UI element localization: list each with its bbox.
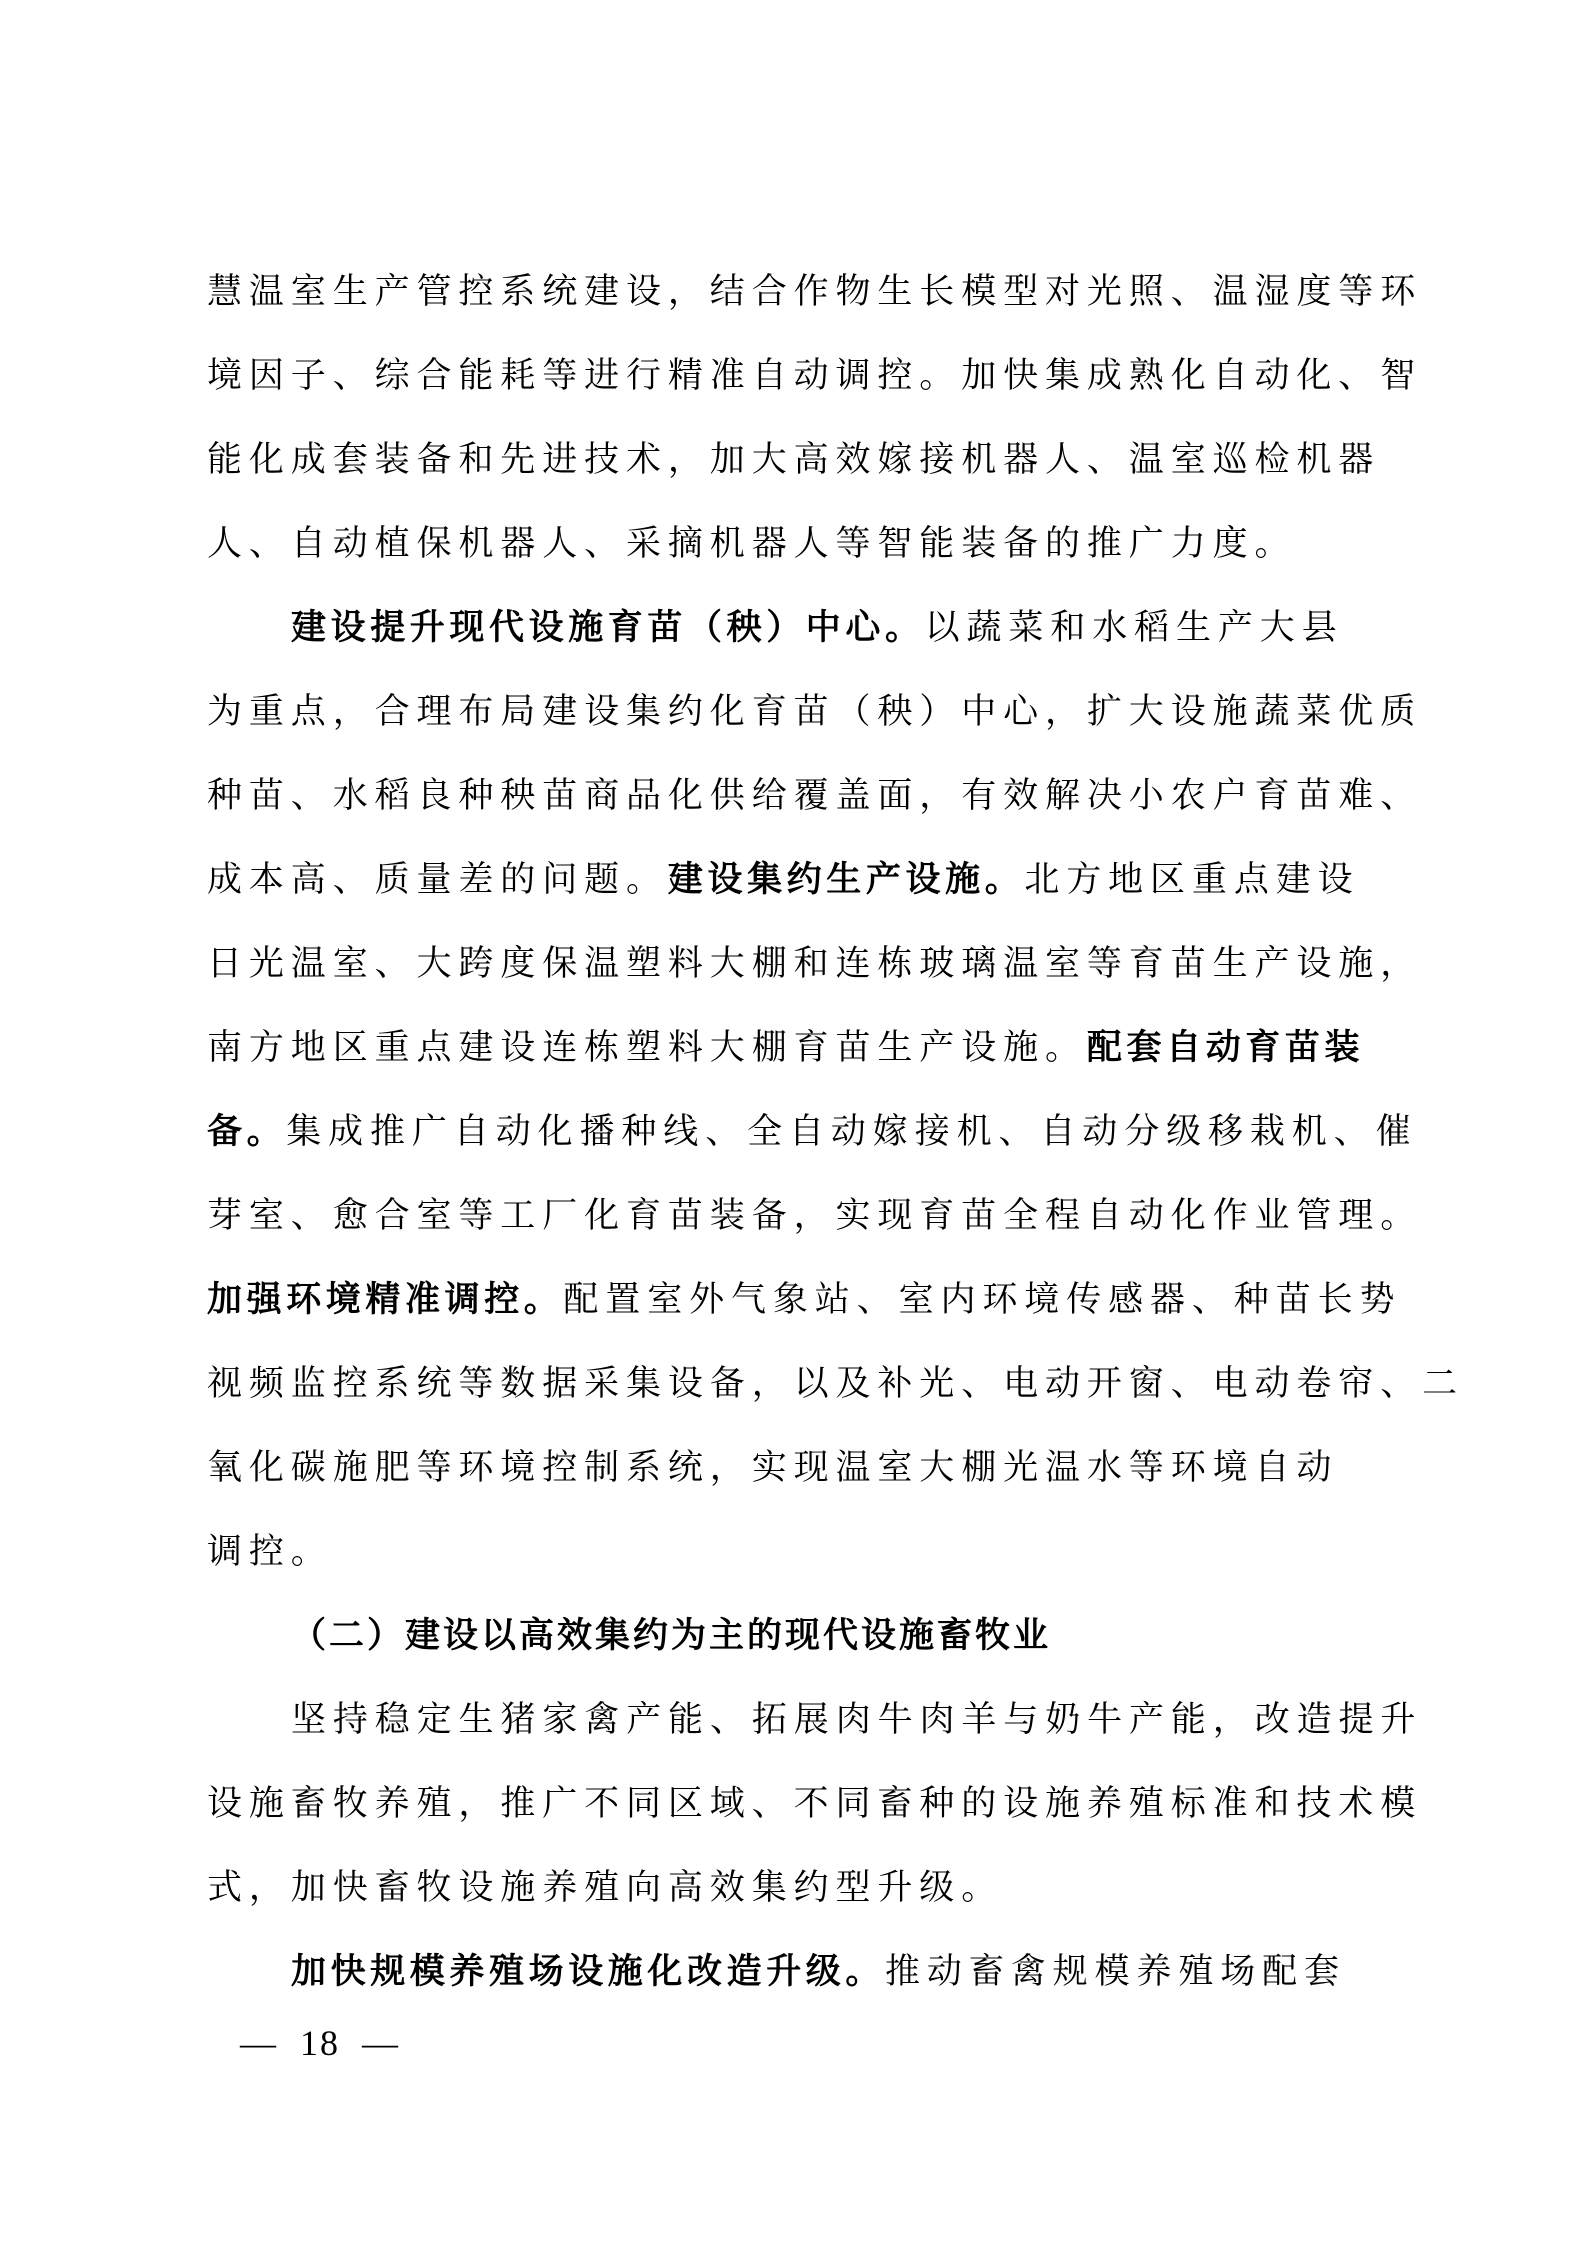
text-line: 调控。 (207, 1523, 1387, 1607)
text-run: 日光温室、大跨度保温塑料大棚和连栋玻璃温室等育苗生产设施， (207, 944, 1422, 984)
text-run: 调控。 (207, 1532, 333, 1572)
text-line: 为重点，合理布局建设集约化育苗（秧）中心，扩大设施蔬菜优质 (207, 683, 1387, 767)
bold-run: 配套自动育苗装 (1087, 1028, 1364, 1068)
text-run: 境因子、综合能耗等进行精准自动调控。加快集成熟化自动化、智 (207, 356, 1422, 396)
text-line: 加快规模养殖场设施化改造升级。推动畜禽规模养殖场配套 (207, 1943, 1387, 2027)
text-run: 推动畜禽规模养殖场配套 (885, 1952, 1346, 1992)
text-run: 种苗、水稻良种秧苗商品化供给覆盖面，有效解决小农户育苗难、 (207, 776, 1422, 816)
text-run: 为重点，合理布局建设集约化育苗（秧）中心，扩大设施蔬菜优质 (207, 692, 1422, 732)
text-run: 成本高、质量差的问题。 (207, 860, 668, 900)
text-line: 成本高、质量差的问题。建设集约生产设施。北方地区重点建设 (207, 851, 1387, 935)
text-run: 氧化碳施肥等环境控制系统，实现温室大棚光温水等环境自动 (207, 1448, 1338, 1488)
text-run: 设施畜牧养殖，推广不同区域、不同畜种的设施养殖标准和技术模 (207, 1784, 1422, 1824)
text-run: 人、自动植保机器人、采摘机器人等智能装备的推广力度。 (207, 524, 1296, 564)
text-run: 北方地区重点建设 (1024, 860, 1359, 900)
text-run: 南方地区重点建设连栋塑料大棚育苗生产设施。 (207, 1028, 1087, 1068)
text-run: 坚持稳定生猪家禽产能、拓展肉牛肉羊与奶牛产能，改造提升 (291, 1700, 1422, 1740)
text-line: 能化成套装备和先进技术，加大高效嫁接机器人、温室巡检机器 (207, 431, 1387, 515)
text-line: 芽室、愈合室等工厂化育苗装备，实现育苗全程自动化作业管理。 (207, 1187, 1387, 1271)
text-line: 种苗、水稻良种秧苗商品化供给覆盖面，有效解决小农户育苗难、 (207, 767, 1387, 851)
text-run: 集成推广自动化播种线、全自动嫁接机、自动分级移栽机、催 (286, 1112, 1417, 1152)
text-line: 氧化碳施肥等环境控制系统，实现温室大棚光温水等环境自动 (207, 1439, 1387, 1523)
text-run: 配置室外气象站、室内环境传感器、种苗长势 (563, 1280, 1401, 1320)
page-number: — 18 — (240, 2018, 400, 2068)
text-line: 日光温室、大跨度保温塑料大棚和连栋玻璃温室等育苗生产设施， (207, 935, 1387, 1019)
text-line: 慧温室生产管控系统建设，结合作物生长模型对光照、温湿度等环 (207, 263, 1387, 347)
text-line: 人、自动植保机器人、采摘机器人等智能装备的推广力度。 (207, 515, 1387, 599)
text-line: 备。集成推广自动化播种线、全自动嫁接机、自动分级移栽机、催 (207, 1103, 1387, 1187)
bold-run: 备。 (207, 1112, 286, 1152)
text-line: 设施畜牧养殖，推广不同区域、不同畜种的设施养殖标准和技术模 (207, 1775, 1387, 1859)
bold-run: （二）建设以高效集约为主的现代设施畜牧业 (291, 1616, 1051, 1656)
text-line: 式，加快畜牧设施养殖向高效集约型升级。 (207, 1859, 1387, 1943)
text-run: 芽室、愈合室等工厂化育苗装备，实现育苗全程自动化作业管理。 (207, 1196, 1422, 1236)
text-line: 加强环境精准调控。配置室外气象站、室内环境传感器、种苗长势 (207, 1271, 1387, 1355)
bold-run: 建设集约生产设施。 (668, 860, 1024, 900)
text-line: 建设提升现代设施育苗（秧）中心。以蔬菜和水稻生产大县 (207, 599, 1387, 683)
text-run: 以蔬菜和水稻生产大县 (925, 608, 1344, 648)
bold-run: 加强环境精准调控。 (207, 1280, 563, 1320)
text-line: 南方地区重点建设连栋塑料大棚育苗生产设施。配套自动育苗装 (207, 1019, 1387, 1103)
document-body: 慧温室生产管控系统建设，结合作物生长模型对光照、温湿度等环境因子、综合能耗等进行… (207, 263, 1387, 2027)
bold-run: 建设提升现代设施育苗（秧）中心。 (291, 608, 925, 648)
text-run: 慧温室生产管控系统建设，结合作物生长模型对光照、温湿度等环 (207, 272, 1422, 312)
text-line: 视频监控系统等数据采集设备，以及补光、电动开窗、电动卷帘、二 (207, 1355, 1387, 1439)
text-run: 式，加快畜牧设施养殖向高效集约型升级。 (207, 1868, 1003, 1908)
text-line: 境因子、综合能耗等进行精准自动调控。加快集成熟化自动化、智 (207, 347, 1387, 431)
text-line: 坚持稳定生猪家禽产能、拓展肉牛肉羊与奶牛产能，改造提升 (207, 1691, 1387, 1775)
text-run: 能化成套装备和先进技术，加大高效嫁接机器人、温室巡检机器 (207, 440, 1380, 480)
section-heading: （二）建设以高效集约为主的现代设施畜牧业 (207, 1607, 1387, 1691)
bold-run: 加快规模养殖场设施化改造升级。 (291, 1952, 885, 1992)
text-run: 视频监控系统等数据采集设备，以及补光、电动开窗、电动卷帘、二 (207, 1364, 1464, 1404)
